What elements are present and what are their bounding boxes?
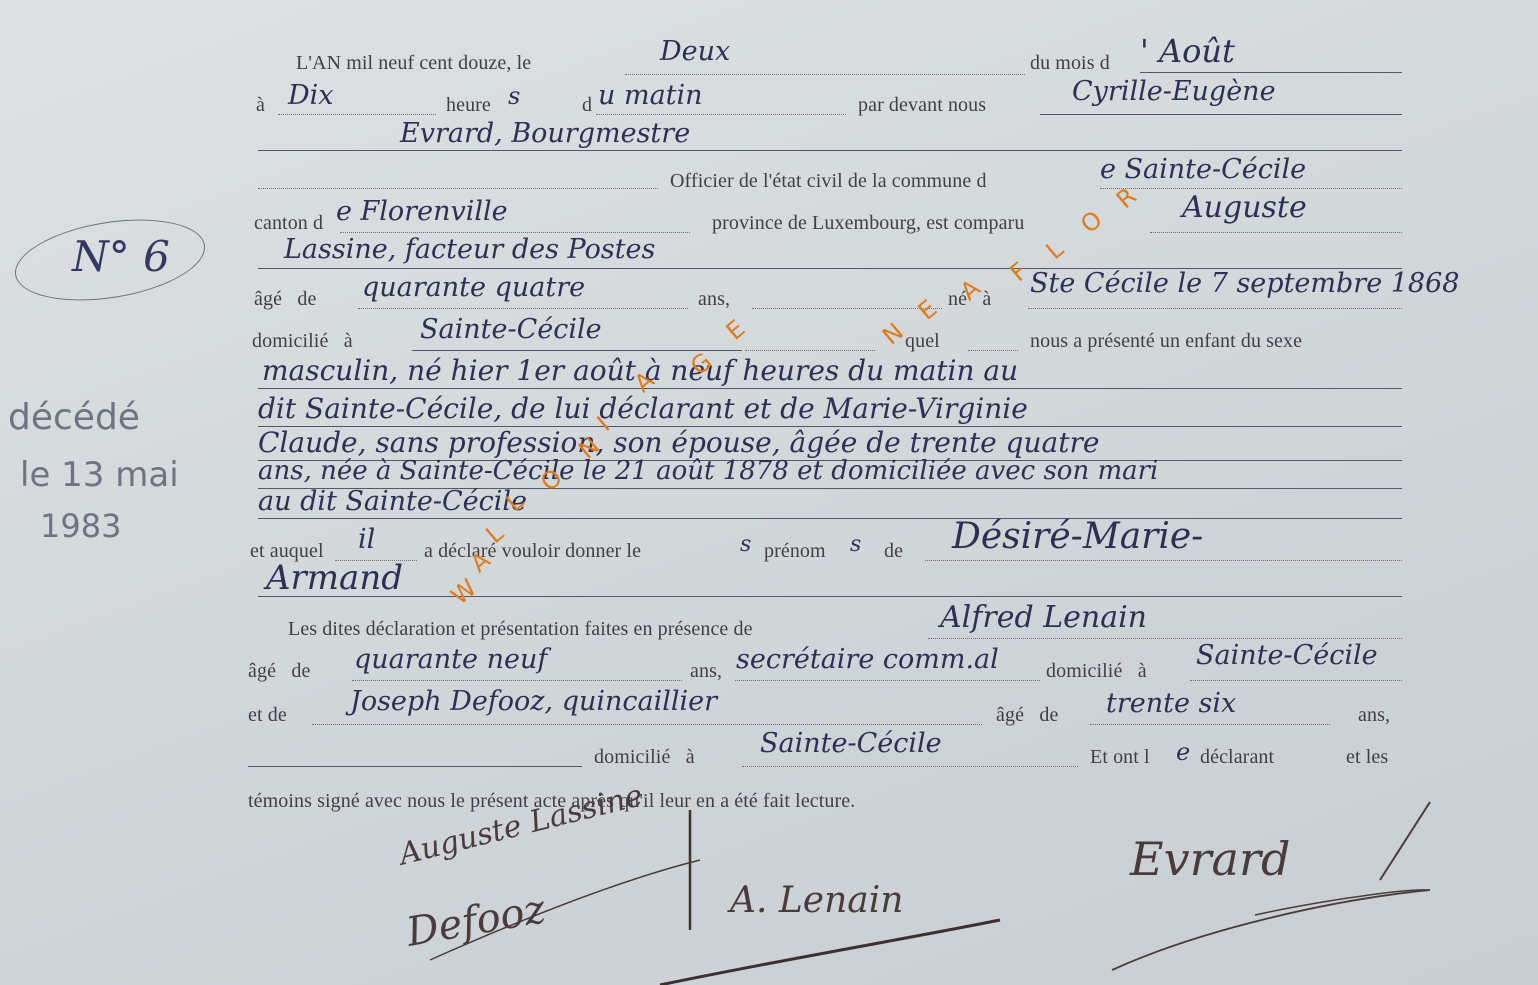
birth-record-page: N° 6 décédé le 13 mai 1983 L'AN mil neuf… <box>0 0 1538 985</box>
signature-flourishes <box>0 0 1538 985</box>
